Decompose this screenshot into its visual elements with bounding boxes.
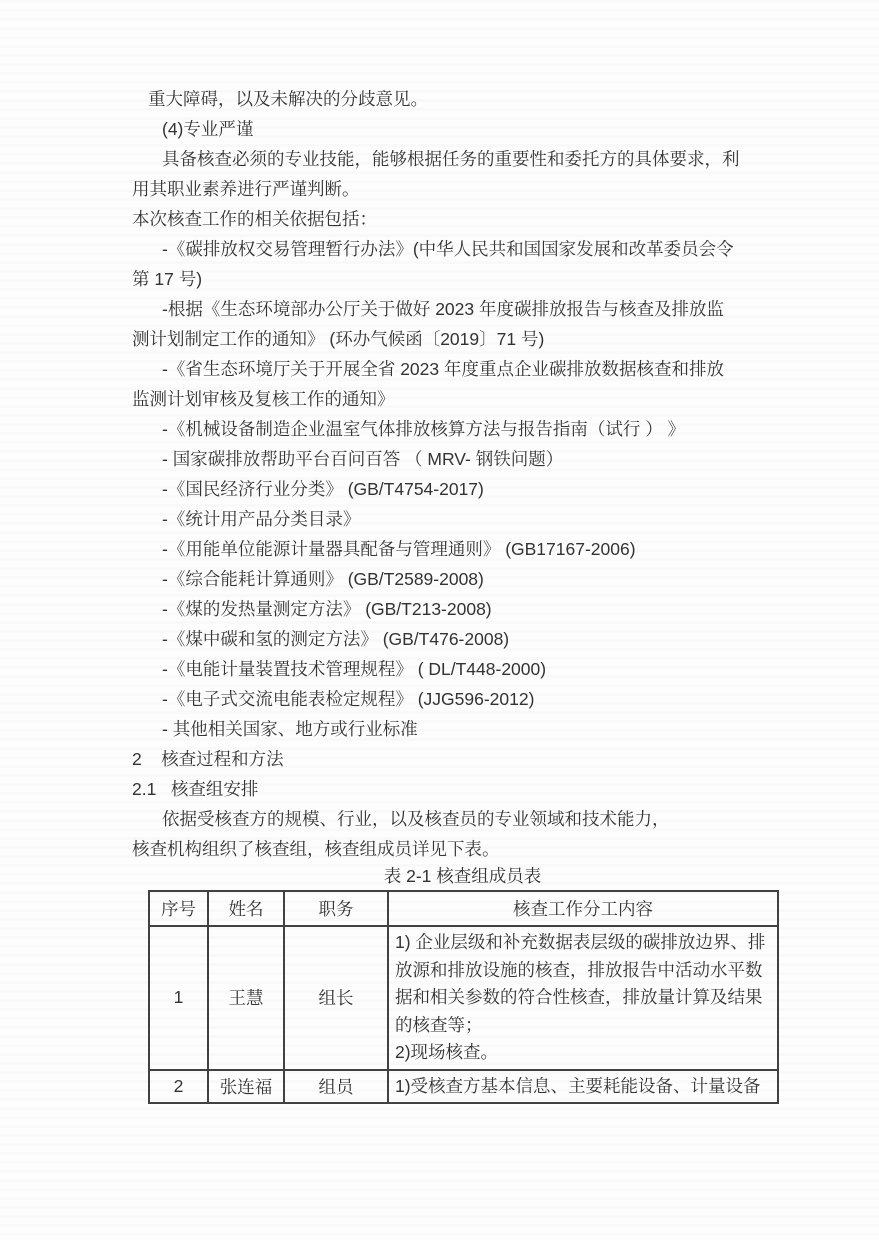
- text-line: 2.1 核查组安排: [132, 774, 792, 804]
- text-line: 测计划制定工作的通知》 (环办气候函〔2019〕71 号): [132, 324, 792, 354]
- text-line: -《用能单位能源计量器具配备与管理通则》 (GB17167-2006): [132, 534, 792, 564]
- cell-duties: 1) 企业层级和补充数据表层级的碳排放边界、排 放源和排放设施的核查，排放报告中…: [388, 926, 778, 1070]
- text-line: -《国民经济行业分类》 (GB/T4754-2017): [132, 474, 792, 504]
- duty-line: 据和相关参数的符合性核查，排放量计算及结果: [395, 984, 771, 1012]
- duty-line: 1) 企业层级和补充数据表层级的碳排放边界、排: [395, 929, 771, 957]
- text-line: 2 核查过程和方法: [132, 744, 792, 774]
- header-duties: 核查工作分工内容: [388, 891, 778, 926]
- duty-line: 1)受核查方基本信息、主要耗能设备、计量设备: [395, 1073, 771, 1101]
- verification-team-table: 序号 姓名 职务 核查工作分工内容 1 王慧 组长 1) 企业层级和补充数据表层…: [148, 890, 779, 1104]
- text-line: -《机械设备制造企业温室气体排放核算方法与报告指南（试行 ） 》: [132, 414, 792, 444]
- cell-name: 张连福: [208, 1070, 284, 1104]
- duty-line: 的核查等；: [395, 1012, 771, 1040]
- text-line: 用其职业素养进行严谨判断。: [132, 174, 792, 204]
- table-row: 2 张连福 组员 1)受核查方基本信息、主要耗能设备、计量设备: [149, 1070, 778, 1104]
- text-line: 具备核查必须的专业技能，能够根据任务的重要性和委托方的具体要求，利: [132, 144, 792, 174]
- text-line: -《综合能耗计算通则》 (GB/T2589-2008): [132, 564, 792, 594]
- cell-duties: 1)受核查方基本信息、主要耗能设备、计量设备: [388, 1070, 778, 1104]
- text-line: -《统计用产品分类目录》: [132, 504, 792, 534]
- duty-line: 2)现场核查。: [395, 1039, 771, 1067]
- page-content: 重大障碍，以及未解决的分歧意见。(4)专业严谨具备核查必须的专业技能，能够根据任…: [132, 84, 792, 1104]
- cell-serial-number: 2: [149, 1070, 208, 1104]
- text-line: -《电能计量装置技术管理规程》 ( DL/T448-2000): [132, 654, 792, 684]
- text-line: -《省生态环境厅关于开展全省 2023 年度重点企业碳排放数据核查和排放: [132, 354, 792, 384]
- text-line: -《煤的发热量测定方法》 (GB/T213-2008): [132, 594, 792, 624]
- text-line: (4)专业严谨: [132, 114, 792, 144]
- text-line: -《碳排放权交易管理暂行办法》(中华人民共和国国家发展和改革委员会令: [132, 234, 792, 264]
- text-line: 监测计划审核及复核工作的通知》: [132, 384, 792, 414]
- table-row: 1 王慧 组长 1) 企业层级和补充数据表层级的碳排放边界、排 放源和排放设施的…: [149, 926, 778, 1070]
- text-line: -《煤中碳和氢的测定方法》 (GB/T476-2008): [132, 624, 792, 654]
- header-position: 职务: [284, 891, 388, 926]
- header-serial-number: 序号: [149, 891, 208, 926]
- document-page: { "page": { "background": "#fdfdfd", "te…: [0, 0, 879, 1240]
- text-line: 核查机构组织了核查组，核查组成员详见下表。: [132, 834, 792, 864]
- table-header-row: 序号 姓名 职务 核查工作分工内容: [149, 891, 778, 926]
- header-name: 姓名: [208, 891, 284, 926]
- text-line: -根据《生态环境部办公厅关于做好 2023 年度碳排放报告与核查及排放监: [132, 294, 792, 324]
- text-line: 依据受核查方的规模、行业，以及核查员的专业领域和技术能力，: [132, 804, 792, 834]
- text-line: 重大障碍，以及未解决的分歧意见。: [132, 84, 792, 114]
- cell-position: 组长: [284, 926, 388, 1070]
- cell-serial-number: 1: [149, 926, 208, 1070]
- table-caption: 表 2-1 核查组成员表: [148, 864, 777, 890]
- text-line: - 其他相关国家、地方或行业标准: [132, 714, 792, 744]
- text-line: 第 17 号): [132, 264, 792, 294]
- body-text: 重大障碍，以及未解决的分歧意见。(4)专业严谨具备核查必须的专业技能，能够根据任…: [132, 84, 792, 864]
- cell-name: 王慧: [208, 926, 284, 1070]
- text-line: 本次核查工作的相关依据包括：: [132, 204, 792, 234]
- text-line: - 国家碳排放帮助平台百问百答 （ MRV- 钢铁问题）: [132, 444, 792, 474]
- cell-position: 组员: [284, 1070, 388, 1104]
- text-line: -《电子式交流电能表检定规程》 (JJG596-2012): [132, 684, 792, 714]
- duty-line: 放源和排放设施的核查，排放报告中活动水平数: [395, 957, 771, 985]
